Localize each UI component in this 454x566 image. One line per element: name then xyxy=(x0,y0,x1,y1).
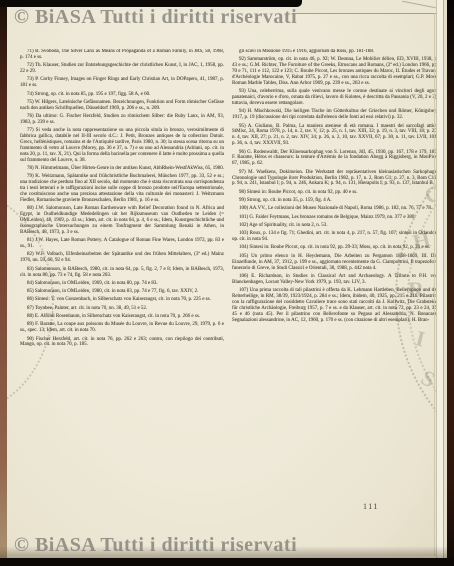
footnote-entry: 103) Roux, p. 134 e fig. 71; Ghedini, ar… xyxy=(232,231,438,243)
footnotes-column-left: 71) B. Svoboda, The Silver Lanx as Means… xyxy=(20,49,224,501)
underlying-page-edge xyxy=(292,0,444,14)
footnote-entry: 104) Sintesi in: Boube Piccot, op. cit. … xyxy=(232,245,438,251)
footnote-entry: 102) Age of Spirituality, cit. in nota 2… xyxy=(232,223,438,229)
footnote-entry: 88) E. Alföldi Rosenbaum, in Silberschat… xyxy=(20,314,224,320)
scanned-book-page: C H R I S 71) B. Svoboda, The Silver Lan… xyxy=(0,0,454,566)
footnote-entry: 83) Salomonson, in BABesch, 1980, cit. i… xyxy=(20,267,224,279)
footnote-entry: 77) Si veda anche la nota rappresentazio… xyxy=(20,128,224,163)
page-number: 111 xyxy=(363,502,379,511)
footnote-entry: 87) Toynbee, Painter, art. cit. in nota … xyxy=(20,306,224,312)
footnote-entry: 78) N. Himmelmann, Über Hirten-Genre in … xyxy=(20,166,224,172)
footnote-entry: 90) Fischer Herzfeld, art. cit. in nota … xyxy=(20,337,224,349)
footnote-entry: 97) M. Waelkens, Dokimeion. Die Werkstat… xyxy=(232,170,438,188)
footnote-entry: gli scavi in Missione 1915 e 1916, aggio… xyxy=(232,49,438,55)
footnote-entry: 72) Th. Klauser, Studien zur Entstehungs… xyxy=(20,63,224,75)
footnote-entry: 106) E. Richardson, in Studies in Classi… xyxy=(232,274,438,286)
scan-bottom-shadow xyxy=(0,558,454,566)
copyright-watermark-bottom: © BiASA Tutti i diritti riservati xyxy=(14,534,297,557)
footnote-entry: 100) AA.VV., Le collezioni del Museo Naz… xyxy=(232,206,438,212)
footnote-entry: 92) Sammarström, op. cit. in nota 46, p.… xyxy=(232,57,438,87)
footnote-entry: 71) B. Svoboda, The Silver Lanx as Means… xyxy=(20,49,224,61)
footnote-entry: 84) Salomonson, in OMLeiden, 1969, cit. … xyxy=(20,281,224,287)
footnote-entry: 76) Da ultimo: G. Fischer Herzfeld, Stud… xyxy=(20,114,224,126)
footnote-entry: 82) W.F. Volbach, Elfenbeinarbeiten der … xyxy=(20,252,224,264)
footnote-entry: 75) W. Hilgers, Lateinische Gefässnamen.… xyxy=(20,100,224,112)
footnote-entry: 95) A. Giuliano, B. Palma, La maniera at… xyxy=(232,124,438,148)
footnote-entry: 80) J.W. Salomonson, Late Roman Earthenw… xyxy=(20,206,224,236)
footnote-entry: 74) Strong, op. cit. in nota 85, pp. 195… xyxy=(20,92,224,98)
footnote-entry: 101) G. Faider Feytmans, Les bronzes rom… xyxy=(232,215,438,221)
copyright-watermark-top: © BiASA Tutti i diritti riservati xyxy=(14,6,297,29)
footnote-entry: 107) Una prima raccolta di tali pilastri… xyxy=(232,288,438,323)
footnote-entry: 89) F. Baratte, La coupe aux poissons du… xyxy=(20,322,224,334)
page-right-fold-line xyxy=(434,13,435,556)
footnote-entry: 99) Strong, op. cit. in nota 35, p. 159,… xyxy=(232,198,438,204)
footnote-entry: 105) Un primo elenco in H. Heydemann, Di… xyxy=(232,254,438,272)
footnote-entry: 94) H. Mischkowski, Die heiligen Tische … xyxy=(232,109,438,121)
footnote-entry: 79) K. Weitzmann, Spätantike und frühchr… xyxy=(20,174,224,204)
footnote-entry: 93) Una, celeberrima, sulla quale veniva… xyxy=(232,89,438,107)
footnotes-column-right: gli scavi in Missione 1915 e 1916, aggio… xyxy=(232,49,438,501)
footnote-entry: 81) J.W. Hayes, Late Roman Pottery. A Ca… xyxy=(20,238,224,250)
footnote-entry: 73) P. Corby Finney, Images on Finger Ri… xyxy=(20,77,224,89)
footnote-entry: 98) Sintesi in: Boube Piccot, op. cit. i… xyxy=(232,190,438,196)
footnote-entry: 85) Salomonson, in OMLeiden, 1980, cit. … xyxy=(20,289,224,295)
book-cover-edge xyxy=(447,0,454,566)
footnote-entry: 86) Sintesi: V. von Gonzenbach, in Silbe… xyxy=(20,297,224,303)
footnote-entry: 96) G. Rodenwaldt, Der Klinensarkophag v… xyxy=(232,150,438,168)
book-spine-edge xyxy=(0,0,7,566)
